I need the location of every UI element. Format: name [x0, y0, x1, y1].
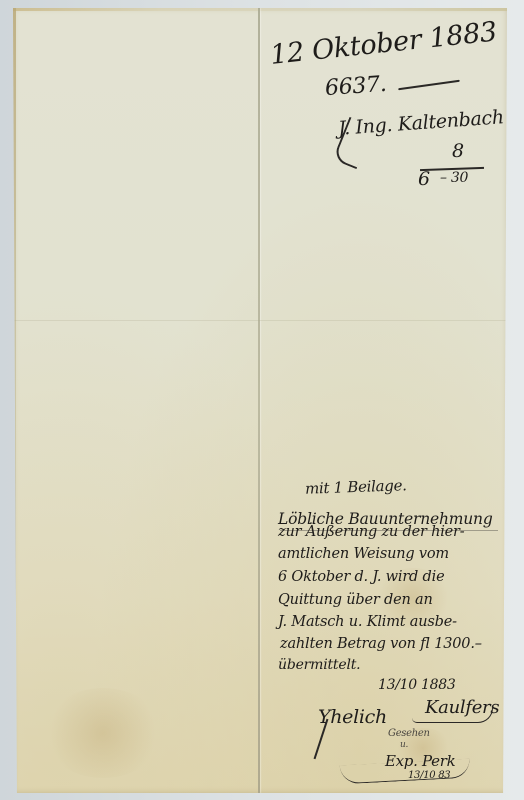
fraction-denominator: 30 — [451, 170, 468, 186]
body-line: 6 Oktober d. J. wird die — [278, 569, 444, 585]
enclosure-note: mit 1 Beilage. — [305, 476, 407, 498]
vertical-fold-line — [258, 8, 260, 793]
body-line: amtlichen Weisung vom — [278, 546, 449, 562]
horizontal-fold-line — [13, 320, 507, 321]
body-line: Quittung über den an — [278, 592, 433, 608]
fraction-dash: – — [440, 170, 447, 186]
age-stain — [43, 688, 163, 778]
body-line-closing: übermittelt. — [278, 657, 360, 673]
paper-edge-top — [13, 8, 507, 11]
reference-number: 6637. — [324, 72, 387, 101]
body-line: zur Äußerung zu der hier- — [278, 524, 464, 540]
fraction-left-value: 6 — [418, 168, 430, 190]
signature-small-note-2: u. — [400, 740, 408, 750]
body-line: zahlten Betrag von fl 1300.– — [280, 636, 482, 652]
fraction-right-value: – 30 — [440, 170, 468, 186]
body-date: 13/10 1883 — [378, 677, 455, 693]
fraction-numerator: 8 — [452, 140, 464, 162]
signature-left: Yhelich — [318, 706, 387, 728]
signature-bottom-date: 13/10 83 — [408, 770, 450, 781]
signature-right-flourish — [412, 708, 493, 723]
body-line: J. Matsch u. Klimt ausbe- — [278, 614, 457, 630]
signature-small-note: Gesehen — [388, 728, 430, 739]
